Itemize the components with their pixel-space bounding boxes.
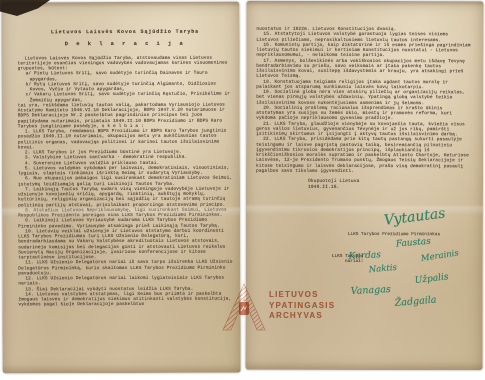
archive-stamp: LIETUVOS YPATINGASIS ARCHYVAS	[221, 283, 335, 331]
document-paragraph: 10. Lietuvių veiklai užsienyje ir Lietuv…	[18, 228, 233, 260]
document-paragraph: 1. LLKS Taryba, remdamasi BDPS Prezidium…	[18, 129, 233, 151]
document-paragraph: 18. Konstatuojama teigiama religijos įta…	[256, 79, 471, 90]
signature-merainis: Merainis	[420, 248, 459, 264]
document-paragraph: 6. Nuo okupacijos pabaigos ligi susirenk…	[18, 176, 233, 187]
scanned-document: Lietuvos Laisvės Kovos Sąjūdžio Taryba D…	[0, 0, 485, 380]
document-paragraph: 17. Asmenys, bolševikinės arba vokiškosi…	[256, 58, 471, 80]
document-paragraph: 11. LLKS Užsienio Delegatūros nariai iš …	[18, 260, 233, 277]
document-paragraph: 9. Laikinoji Lietuvos Vyriausybė sudarom…	[18, 218, 233, 229]
document-paragraph: 15. Atstatytoji Lietuvos valstybė garant…	[256, 32, 471, 43]
document-paragraph: 19. Socialinė globa nėra vien atskirų pi…	[256, 90, 471, 106]
signature-faustas: Faustas	[395, 237, 431, 250]
document-paragraph: 20. Socialinių problemų racionalus išspr…	[256, 105, 471, 121]
document-paragraph: 14. Lietuvos valstybės atstatymas, ligi …	[18, 291, 233, 308]
page-2-paragraphs: nuostatus ir 1922m. Lietuvos Konstitucij…	[256, 27, 471, 175]
document-paragraph: 22. LLKS Taryba, prisidėdama prie kitų t…	[256, 137, 471, 174]
page-1-content: Lietuvos Laisvės Kovos Sąjūdžio Taryba D…	[1, 2, 240, 308]
signature-naktis: Naktis	[368, 263, 397, 275]
archive-stamp-text: LIETUVOS YPATINGASIS ARCHYVAS	[269, 290, 335, 322]
document-title: D e k l a r a c i j a	[17, 42, 232, 48]
signature-uzpalis: Užpalis	[414, 272, 449, 286]
signature-vytautas: Vytautas	[383, 206, 446, 229]
document-paragraph: 21. LLKS Taryba, glaudžioje vienybėje su…	[256, 121, 471, 137]
signature-vanagas: Vanagas	[350, 284, 391, 297]
document-paragraph: tai yra, reikšdama lietuvių tautos valią…	[18, 102, 233, 129]
document-paragraph: 16. Komunistų partija, kaip diktatūrinė …	[256, 42, 471, 58]
document-paragraph: 12. LLKS Užsienio Delegatūros nariai lai…	[18, 276, 233, 287]
document-organization: Lietuvos Laisvės Kovos Sąjūdžio Taryba	[17, 30, 232, 36]
document-paragraph: c/ Vakarų Lietuvos Sritį, savo sudėtyje …	[30, 92, 233, 103]
document-paragraph: Lietuvos Laisvės Kovos Sąjūdžio Taryba, …	[18, 55, 233, 72]
document-paragraph: 7. Laikinąją Tautos Tarybą sudaro visų v…	[18, 186, 233, 208]
signature-zadgaila: Žadgaila	[394, 294, 437, 308]
members-typed-label: LLKS Tarybos nariai:	[332, 254, 364, 265]
page-2-content: nuostatus ir 1922m. Lietuvos Konstitucij…	[246, 1, 483, 192]
document-page-1: Lietuvos Laisvės Kovos Sąjūdžio Taryba D…	[1, 2, 240, 374]
page-1-paragraphs: Lietuvos Laisvės Kovos Sąjūdžio Taryba, …	[18, 55, 234, 308]
vytis-coat-of-arms-icon	[221, 283, 267, 331]
place-and-date: Okupuotoji Lietuva 1949.II.16.	[308, 179, 471, 191]
document-paragraph: a/ Pietų Lietuvos Sritį, savo sudėtyje t…	[30, 71, 233, 82]
